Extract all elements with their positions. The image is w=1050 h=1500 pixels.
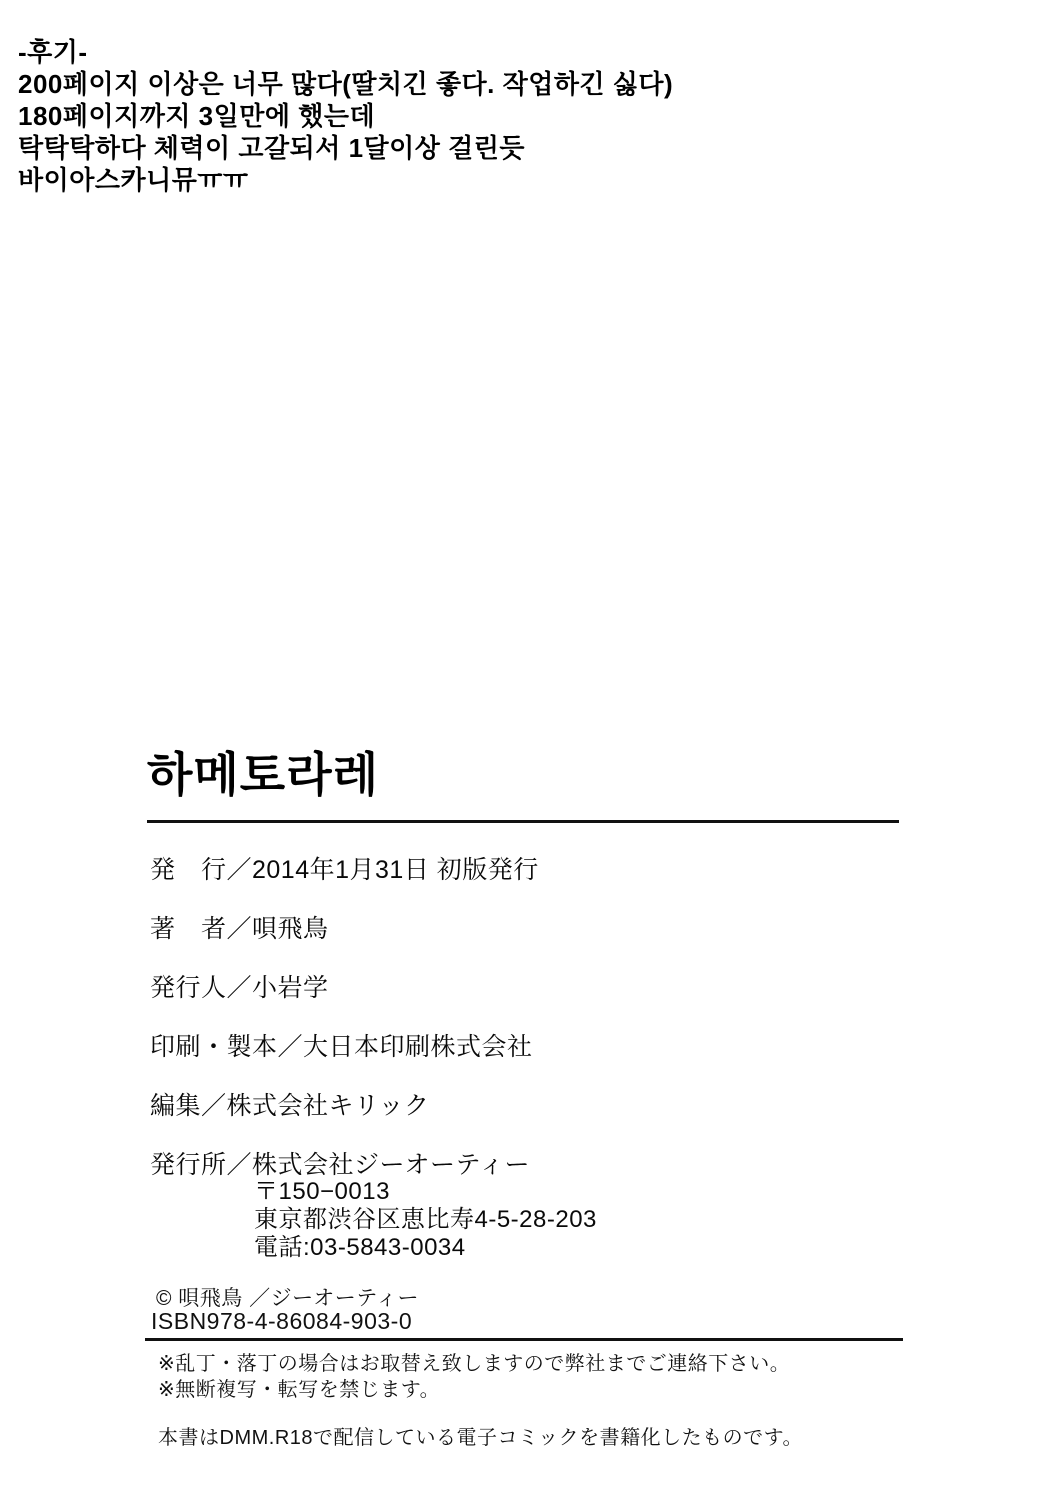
afterword-heading: -후기- [18,36,673,68]
afterword-line: 200페이지 이상은 너무 많다(딸치긴 좋다. 작업하긴 싫다) [18,68,673,100]
colophon-page: -후기- 200페이지 이상은 너무 많다(딸치긴 좋다. 작업하긴 싫다) 1… [0,0,1050,1500]
publication-row-author: 著 者／唄飛鳥 [150,897,910,956]
page-title: 하메토라레 [147,748,379,802]
isbn-line: ISBN978-4-86084-903-0 [151,1308,412,1335]
afterword-line: 탁탁탁하다 체력이 고갈되서 1달이상 걸린듯 [18,132,673,164]
address-street: 東京都渋谷区恵比寿4-5-28-203 [254,1206,597,1234]
notes-block: ※乱丁・落丁の場合はお取替え致しますので弊社までご連絡下さい。 ※無断複写・転写… [158,1351,790,1403]
afterword-line: 바이아스카니뮤ㅠㅠ [18,164,673,196]
address-phone: 電話:03-5843-0034 [254,1234,597,1262]
publisher-address-block: 〒150−0013 東京都渋谷区恵比寿4-5-28-203 電話:03-5843… [254,1178,597,1262]
publication-row-publisher-person: 発行人／小岩学 [150,956,910,1015]
publication-row-issue-date: 発 行／2014年1月31日 初版発行 [150,838,910,897]
publication-row-printer: 印刷・製本／大日本印刷株式会社 [150,1015,910,1074]
note-replacement: ※乱丁・落丁の場合はお取替え致しますので弊社までご連絡下さい。 [158,1351,790,1377]
afterword-line: 180페이지까지 3일만에 했는데 [18,100,673,132]
isbn-divider [145,1338,903,1341]
title-divider [147,820,899,823]
address-postal-code: 〒150−0013 [254,1178,597,1206]
source-note: 本書はDMM.R18で配信している電子コミックを書籍化したものです。 [158,1421,803,1450]
afterword-block: -후기- 200페이지 이상은 너무 많다(딸치긴 좋다. 작업하긴 싫다) 1… [18,36,673,196]
publication-row-editor: 編集／株式会社キリック [150,1074,910,1133]
publication-info-block: 発 行／2014年1月31日 初版発行 著 者／唄飛鳥 発行人／小岩学 印刷・製… [150,838,910,1192]
note-no-copy: ※無断複写・転写を禁じます。 [158,1377,790,1403]
